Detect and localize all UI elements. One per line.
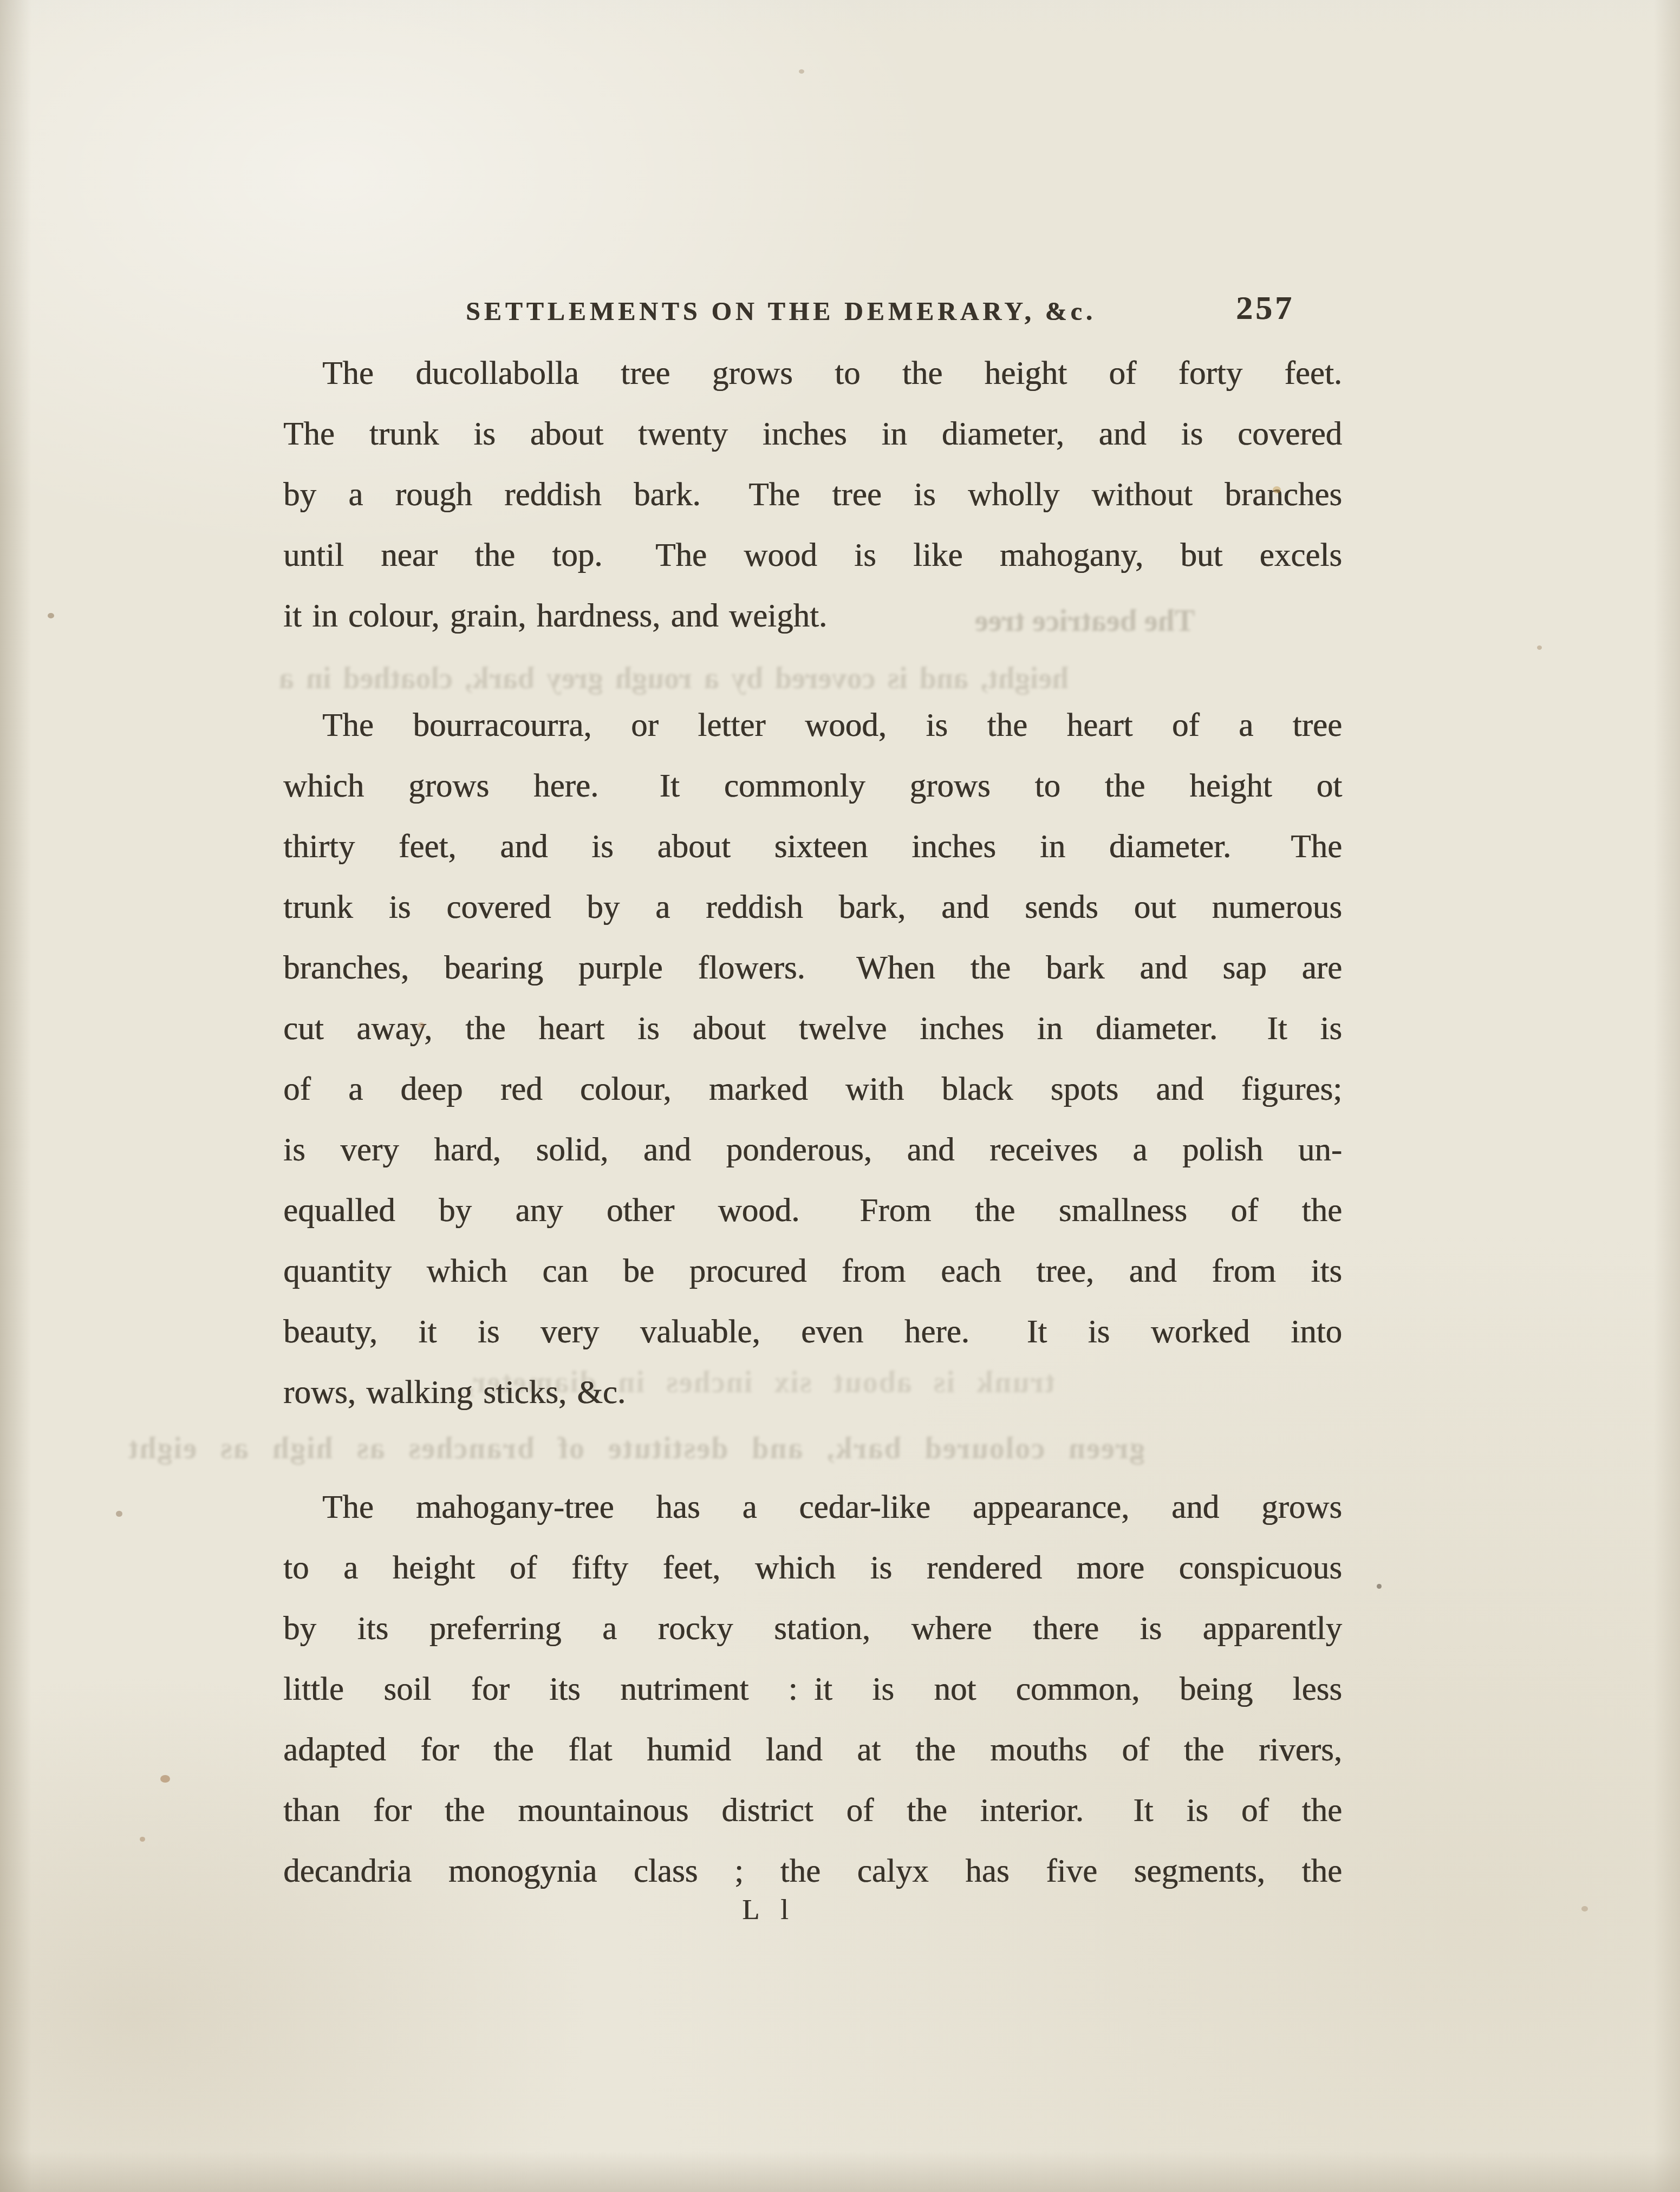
text-line: trunk is covered by a reddish bark, and … bbox=[283, 877, 1342, 938]
text-line: it in colour, grain, hardness, and weigh… bbox=[283, 586, 1342, 647]
text-line: which grows here. It commonly grows to t… bbox=[283, 756, 1342, 817]
paper-speck bbox=[1581, 1906, 1588, 1912]
text-line: quantity which can be procured from each… bbox=[283, 1241, 1342, 1302]
text-line: is very hard, solid, and ponderous, and … bbox=[283, 1120, 1342, 1180]
paper-speck bbox=[116, 1511, 122, 1517]
text-line: to a height of fifty feet, which is rend… bbox=[283, 1538, 1342, 1599]
page-number: 257 bbox=[1236, 291, 1294, 325]
book-page: The beatrice tree height, and is covered… bbox=[0, 0, 1680, 2192]
text-line: by a rough reddish bark. The tree is who… bbox=[283, 465, 1342, 525]
text-line: beauty, it is very valuable, even here. … bbox=[283, 1302, 1342, 1362]
paper-speck bbox=[1537, 645, 1542, 650]
paper-speck bbox=[1377, 1584, 1382, 1589]
text-line: cut away, the heart is about twelve inch… bbox=[283, 999, 1342, 1059]
text-line: The trunk is about twenty inches in diam… bbox=[283, 404, 1342, 465]
paragraph-ducollabolla: The ducollabolla tree grows to the heigh… bbox=[283, 343, 1342, 647]
text-line: thirty feet, and is about sixteen inches… bbox=[283, 817, 1342, 877]
text-line: adapted for the flat humid land at the m… bbox=[283, 1720, 1342, 1780]
text-line: of a deep red colour, marked with black … bbox=[283, 1059, 1342, 1120]
text-line: than for the mountainous district of the… bbox=[283, 1780, 1342, 1841]
bleedthrough-line: height, and is covered by a rough grey b… bbox=[279, 660, 1069, 697]
running-header-title: SETTLEMENTS ON THE DEMERARY, &c. bbox=[466, 299, 1096, 325]
text-line: The mahogany-tree has a cedar-like appea… bbox=[283, 1477, 1342, 1538]
paragraph-bourracourra: The bourracourra, or letter wood, is the… bbox=[283, 695, 1342, 1423]
bleedthrough-line: green coloured bark, and destitute of br… bbox=[127, 1430, 1145, 1467]
text-line: by its preferring a rocky station, where… bbox=[283, 1599, 1342, 1659]
text-line: The ducollabolla tree grows to the heigh… bbox=[283, 343, 1342, 404]
text-line: decandria monogynia class ; the calyx ha… bbox=[283, 1841, 1342, 1902]
paper-speck bbox=[140, 1837, 145, 1842]
paper-speck bbox=[418, 1022, 424, 1028]
paragraph-mahogany: The mahogany-tree has a cedar-like appea… bbox=[283, 1477, 1342, 1902]
paper-speck bbox=[799, 69, 804, 74]
text-line: until near the top. The wood is like mah… bbox=[283, 525, 1342, 586]
text-line: branches, bearing purple flowers. When t… bbox=[283, 938, 1342, 999]
text-line: The bourracourra, or letter wood, is the… bbox=[283, 695, 1342, 756]
paper-speck bbox=[160, 1775, 170, 1783]
paper-speck bbox=[48, 613, 54, 618]
text-line: equalled by any other wood. From the sma… bbox=[283, 1180, 1342, 1241]
paper-speck bbox=[1273, 486, 1281, 493]
signature-mark: L l bbox=[715, 1894, 823, 1927]
text-line: little soil for its nutriment : it is no… bbox=[283, 1659, 1342, 1720]
text-line: rows, walking sticks, &c. bbox=[283, 1362, 1342, 1423]
